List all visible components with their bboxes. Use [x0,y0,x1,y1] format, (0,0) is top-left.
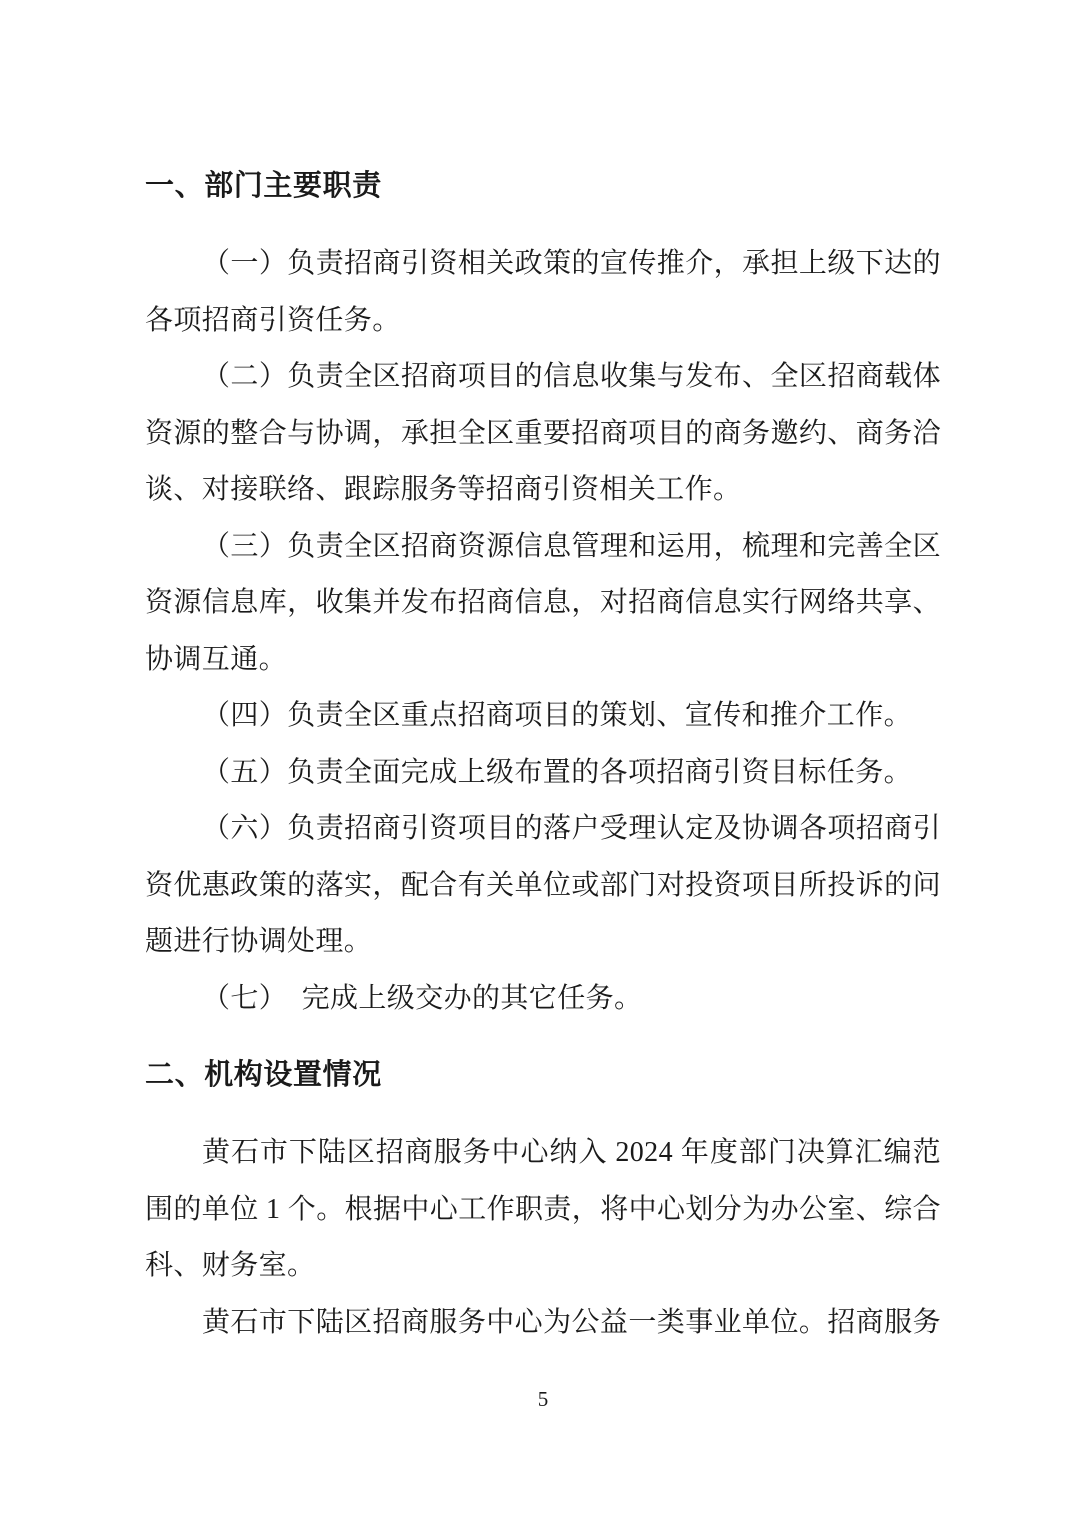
text-line: （七） 完成上级交办的其它任务。 [145,971,941,1028]
text-line: （五）负责全面完成上级布置的各项招商引资目标任务。 [145,745,941,802]
page-number: 5 [145,1384,941,1414]
section-heading-org-setup: 二、机构设置情况 [145,1046,941,1102]
duty-item-6: （六）负责招商引资项目的落户受理认定及协调各项招商引资优惠政策的落实，配合有关单… [145,801,941,971]
text-line: 围的单位 1 个。根据中心工作职责，将中心划分为办公室、综合 [145,1182,941,1239]
text-line: （六）负责招商引资项目的落户受理认定及协调各项招商引 [145,801,941,858]
duty-item-1: （一）负责招商引资相关政策的宣传推介，承担上级下达的各项招商引资任务。 [145,236,941,349]
text-line: （三）负责全区招商资源信息管理和运用，梳理和完善全区 [145,519,941,576]
document-content: 一、部门主要职责（一）负责招商引资相关政策的宣传推介，承担上级下达的各项招商引资… [145,157,941,1351]
text-line: （四）负责全区重点招商项目的策划、宣传和推介工作。 [145,688,941,745]
duty-item-2: （二）负责全区招商项目的信息收集与发布、全区招商载体资源的整合与协调，承担全区重… [145,349,941,519]
text-line: （二）负责全区招商项目的信息收集与发布、全区招商载体 [145,349,941,406]
text-line: 协调互通。 [145,632,941,689]
duty-item-5: （五）负责全面完成上级布置的各项招商引资目标任务。 [145,745,941,802]
org-setup-para-2: 黄石市下陆区招商服务中心为公益一类事业单位。招商服务 [145,1295,941,1352]
text-line: 各项招商引资任务。 [145,293,941,350]
text-line: 科、财务室。 [145,1238,941,1295]
text-line: 资源信息库，收集并发布招商信息，对招商信息实行网络共享、 [145,575,941,632]
duty-item-4: （四）负责全区重点招商项目的策划、宣传和推介工作。 [145,688,941,745]
text-line: 谈、对接联络、跟踪服务等招商引资相关工作。 [145,462,941,519]
document-page: 一、部门主要职责（一）负责招商引资相关政策的宣传推介，承担上级下达的各项招商引资… [0,0,1074,1520]
text-line: 题进行协调处理。 [145,914,941,971]
text-line: 黄石市下陆区招商服务中心纳入 2024 年度部门决算汇编范 [145,1125,941,1182]
section-heading-main-duties: 一、部门主要职责 [145,157,941,213]
text-line: 资源的整合与协调，承担全区重要招商项目的商务邀约、商务洽 [145,406,941,463]
text-line: 黄石市下陆区招商服务中心为公益一类事业单位。招商服务 [145,1295,941,1352]
duty-item-7: （七） 完成上级交办的其它任务。 [145,971,941,1028]
text-line: 资优惠政策的落实，配合有关单位或部门对投资项目所投诉的问 [145,858,941,915]
org-setup-para-1: 黄石市下陆区招商服务中心纳入 2024 年度部门决算汇编范围的单位 1 个。根据… [145,1125,941,1295]
text-line: （一）负责招商引资相关政策的宣传推介，承担上级下达的 [145,236,941,293]
duty-item-3: （三）负责全区招商资源信息管理和运用，梳理和完善全区资源信息库，收集并发布招商信… [145,519,941,689]
